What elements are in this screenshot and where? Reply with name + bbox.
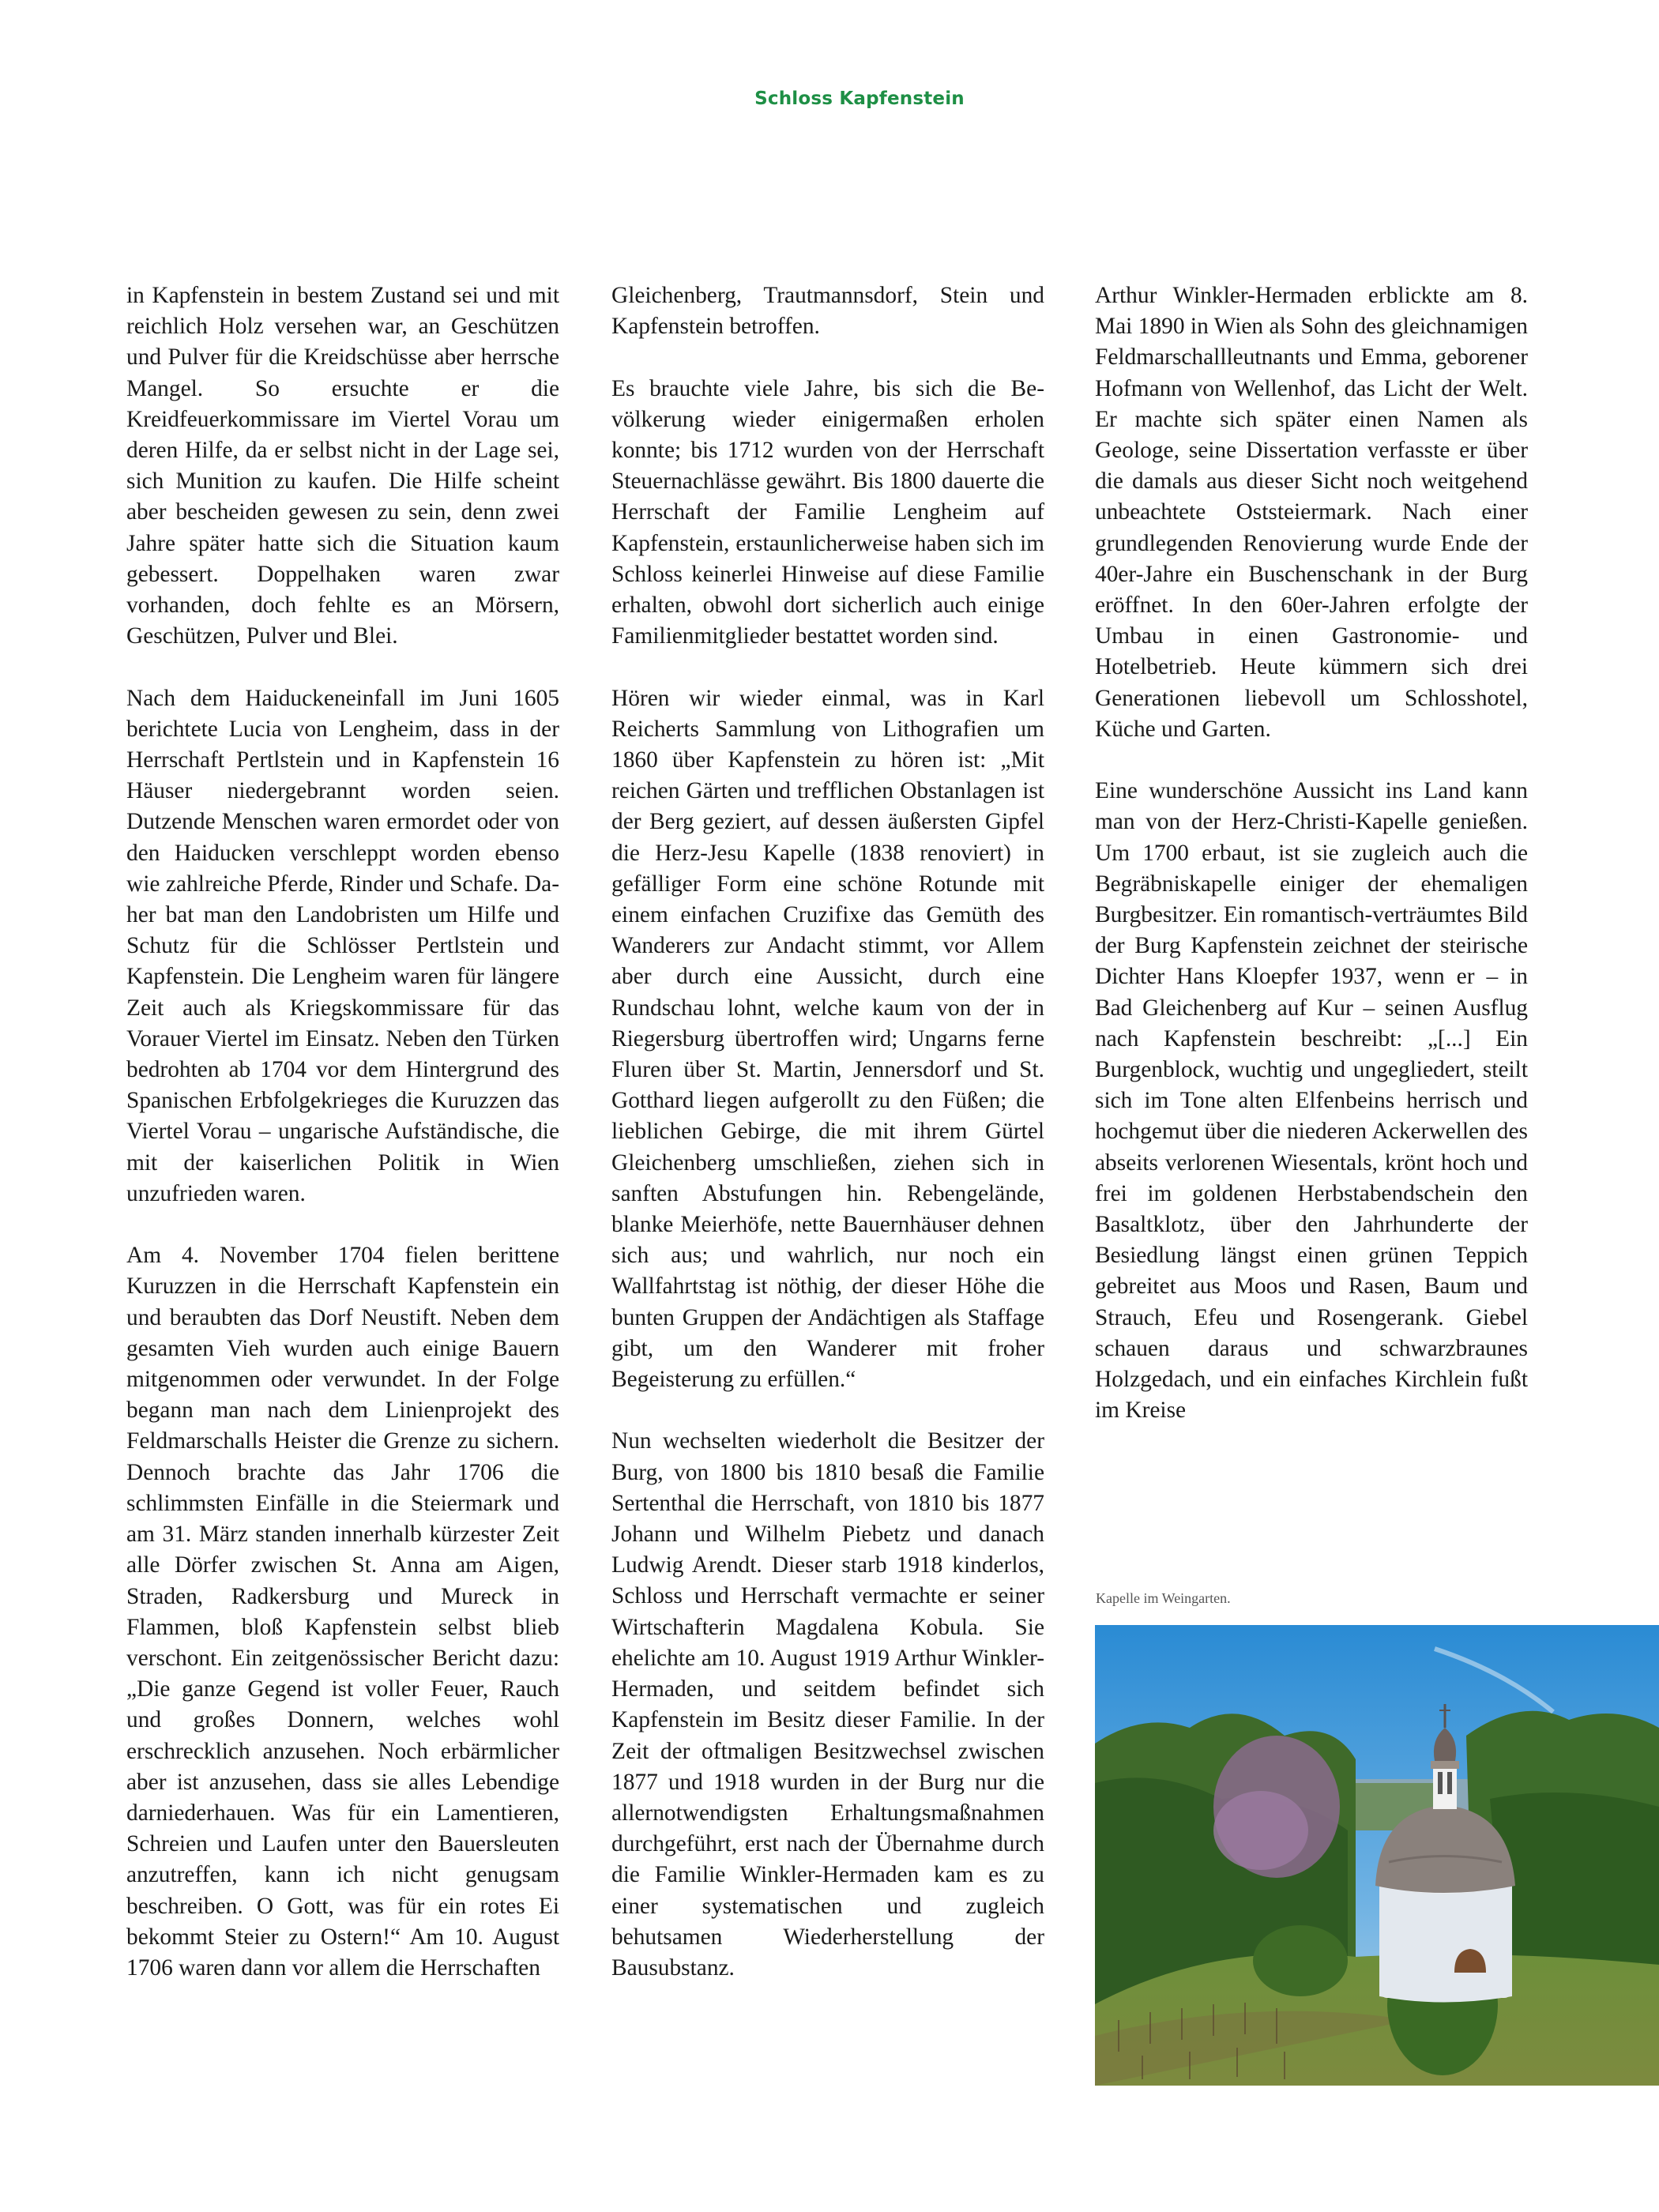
paragraph: Es brauchte viele Jahre, bis sich die Be… — [611, 374, 1044, 653]
paragraph: Eine wunderschöne Aussicht ins Land kann… — [1095, 776, 1528, 1426]
text-column-2: Gleichenberg, Trautmannsdorf, Stein und … — [611, 280, 1044, 1984]
photo-caption: Kapelle im Weingarten. — [1096, 1590, 1231, 1607]
text-column-1: in Kapfenstein in bestem Zustand sei und… — [126, 280, 559, 1984]
paragraph: Gleichenberg, Trautmannsdorf, Stein und … — [611, 280, 1044, 342]
running-title: Schloss Kapfenstein — [754, 88, 965, 109]
paragraph: Am 4. November 1704 fielen berittene Kur… — [126, 1240, 559, 1984]
text-column-3: Arthur Winkler-Hermaden erblickte am 8. … — [1095, 280, 1528, 1427]
paragraph: Nach dem Haiduckeneinfall im Juni 1605 b… — [126, 683, 559, 1209]
paragraph: in Kapfenstein in bestem Zustand sei und… — [126, 280, 559, 652]
running-header: Schloss Kapfenstein — [0, 88, 1659, 109]
paragraph: Nun wechselten wiederholt die Besitzer d… — [611, 1426, 1044, 1984]
chapel-photo-illustration — [1095, 1625, 1659, 2086]
paragraph: Arthur Winkler-Hermaden erblickte am 8. … — [1095, 280, 1528, 745]
chapel-photo — [1095, 1625, 1659, 2086]
paragraph: Hören wir wieder einmal, was in Karl Rei… — [611, 683, 1044, 1396]
